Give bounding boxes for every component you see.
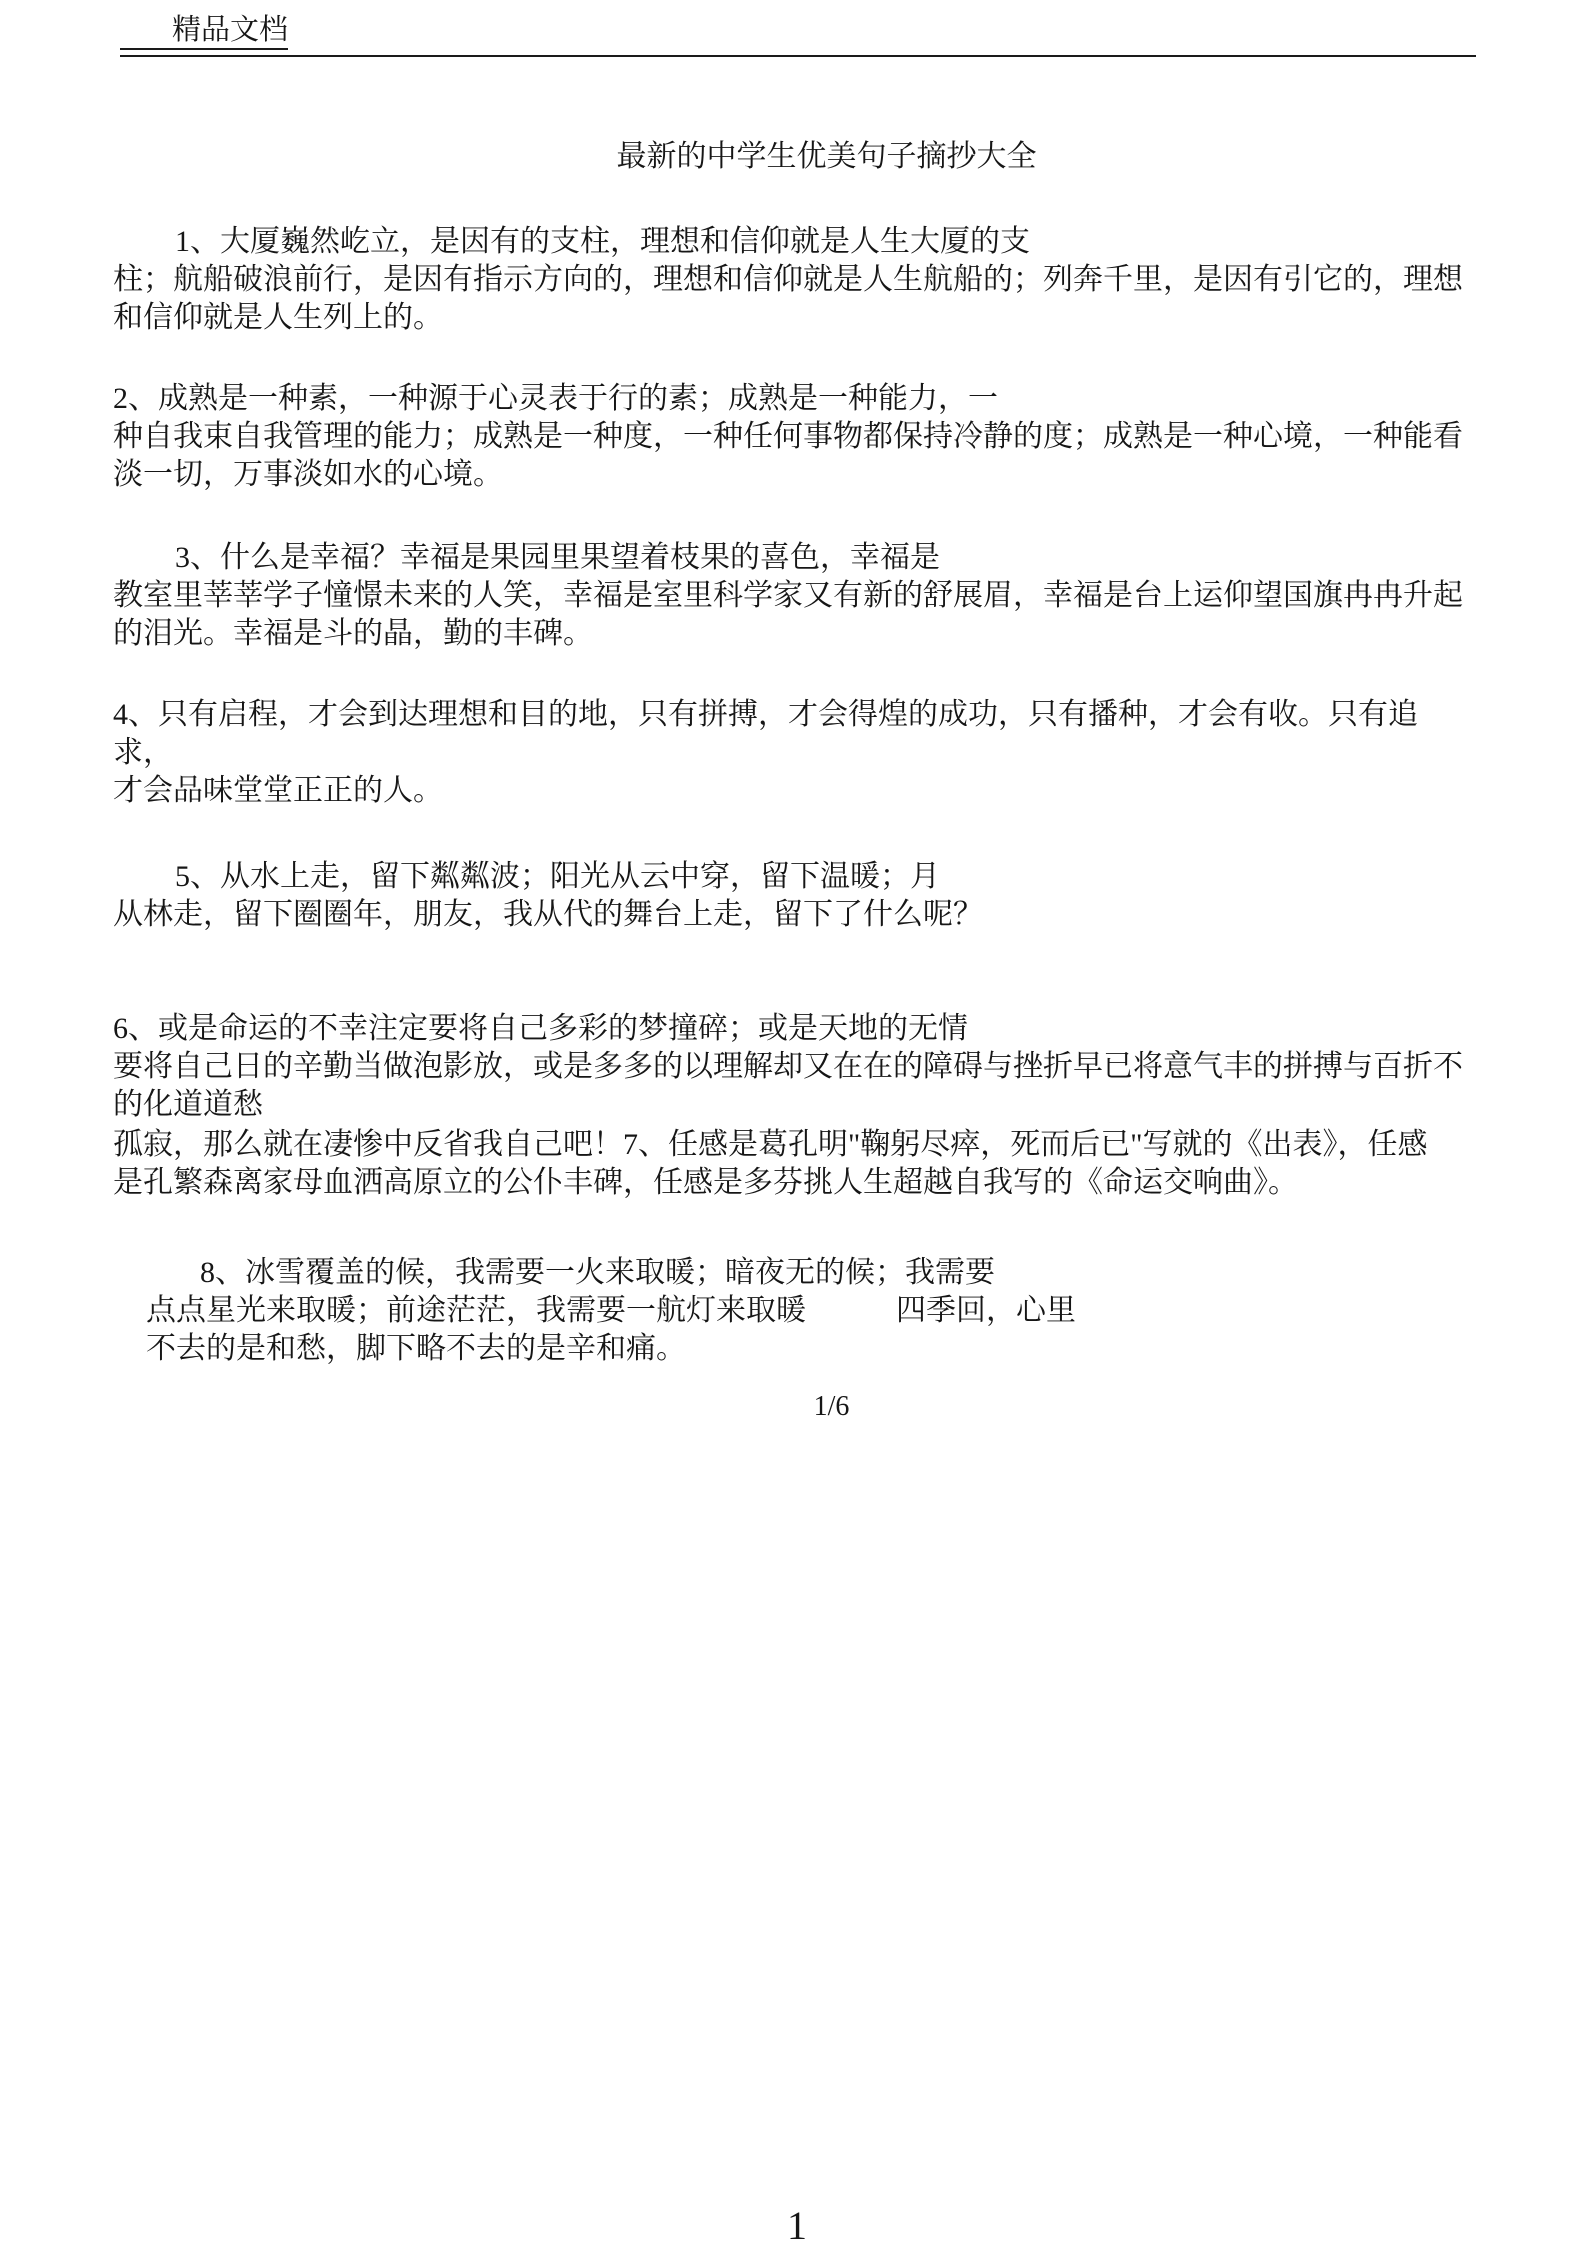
text-line: 和信仰就是人生列上的。 bbox=[113, 299, 1470, 337]
text-line: 是孔繁森离家母血洒高原立的公仆丰碑，任感是多芬挑人生超越自我写的《命运交响曲》。 bbox=[113, 1164, 1470, 1202]
text-line: 才会品味堂堂正正的人。 bbox=[113, 772, 1470, 810]
text-line: 的泪光。幸福是斗的晶，勤的丰碑。 bbox=[113, 615, 1470, 653]
text-line: 种自我束自我管理的能力；成熟是一种度，一种任何事物都保持冷静的度；成熟是一种心境… bbox=[113, 418, 1470, 456]
paragraph: 6、或是命运的不幸注定要将自己多彩的梦撞碎；或是天地的无情要将自己日的辛勤当做泡… bbox=[113, 1010, 1470, 1124]
paragraph: 5、从水上走，留下粼粼波；阳光从云中穿，留下温暖；月从林走，留下圈圈年，朋友，我… bbox=[113, 858, 1470, 934]
document-content: 最新的中学生优美句子摘抄大全 1、大厦巍然屹立，是因有的支柱，理想和信仰就是人生… bbox=[0, 138, 1594, 1426]
paragraph: 孤寂，那么就在凄惨中反省我自己吧！7、任感是葛孔明"鞠躬尽瘁，死而后已"写就的《… bbox=[113, 1126, 1470, 1202]
document-header: 精品文档 bbox=[120, 0, 1476, 57]
paragraph: 1、大厦巍然屹立，是因有的支柱，理想和信仰就是人生大厦的支柱；航船破浪前行，是因… bbox=[113, 223, 1470, 337]
paragraph: 4、只有启程，才会到达理想和目的地，只有拼搏，才会得煌的成功，只有播种，才会有收… bbox=[113, 696, 1470, 810]
text-line: 4、只有启程，才会到达理想和目的地，只有拼搏，才会得煌的成功，只有播种，才会有收… bbox=[113, 696, 1470, 772]
document-body: 1、大厦巍然屹立，是因有的支柱，理想和信仰就是人生大厦的支柱；航船破浪前行，是因… bbox=[113, 223, 1470, 1368]
text-line: 的化道道愁 bbox=[113, 1086, 1470, 1124]
text-line: 教室里莘莘学子憧憬未来的人笑，幸福是室里科学家又有新的舒展眉，幸福是台上运仰望国… bbox=[113, 577, 1470, 615]
page-number: 1 bbox=[0, 2202, 1594, 2250]
paragraph: 3、什么是幸福？幸福是果园里果望着枝果的喜色，幸福是教室里莘莘学子憧憬未来的人笑… bbox=[113, 539, 1470, 653]
text-line: 淡一切，万事淡如水的心境。 bbox=[113, 456, 1470, 494]
text-line: 2、成熟是一种素，一种源于心灵表于行的素；成熟是一种能力，一 bbox=[113, 380, 1470, 418]
document-title: 最新的中学生优美句子摘抄大全 bbox=[113, 138, 1470, 176]
text-line: 要将自己日的辛勤当做泡影放，或是多多的以理解却又在在的障碍与挫折早已将意气丰的拼… bbox=[113, 1048, 1470, 1086]
text-line: 不去的是和愁，脚下略不去的是辛和痛。 bbox=[113, 1330, 1470, 1368]
header-brand: 精品文档 bbox=[120, 13, 288, 50]
text-line: 柱；航船破浪前行，是因有指示方向的，理想和信仰就是人生航船的；列奔千里，是因有引… bbox=[113, 261, 1470, 299]
text-line: 3、什么是幸福？幸福是果园里果望着枝果的喜色，幸福是 bbox=[113, 539, 1470, 577]
paragraph: 8、冰雪覆盖的候，我需要一火来取暖；暗夜无的候；我需要点点星光来取暖；前途茫茫，… bbox=[113, 1254, 1470, 1368]
text-line: 点点星光来取暖；前途茫茫，我需要一航灯来取暖 四季回，心里 bbox=[113, 1292, 1470, 1330]
text-line: 6、或是命运的不幸注定要将自己多彩的梦撞碎；或是天地的无情 bbox=[113, 1010, 1470, 1048]
text-line: 孤寂，那么就在凄惨中反省我自己吧！7、任感是葛孔明"鞠躬尽瘁，死而后已"写就的《… bbox=[113, 1126, 1470, 1164]
paragraph: 2、成熟是一种素，一种源于心灵表于行的素；成熟是一种能力，一种自我束自我管理的能… bbox=[113, 380, 1470, 494]
document-page: 精品文档 最新的中学生优美句子摘抄大全 1、大厦巍然屹立，是因有的支柱，理想和信… bbox=[0, 0, 1594, 2255]
text-line: 5、从水上走，留下粼粼波；阳光从云中穿，留下温暖；月 bbox=[113, 858, 1470, 896]
text-line: 8、冰雪覆盖的候，我需要一火来取暖；暗夜无的候；我需要 bbox=[113, 1254, 1470, 1292]
text-line: 1、大厦巍然屹立，是因有的支柱，理想和信仰就是人生大厦的支 bbox=[113, 223, 1470, 261]
page-indicator: 1/6 bbox=[113, 1388, 1470, 1426]
text-line: 从林走，留下圈圈年，朋友，我从代的舞台上走，留下了什么呢？ bbox=[113, 896, 1470, 934]
